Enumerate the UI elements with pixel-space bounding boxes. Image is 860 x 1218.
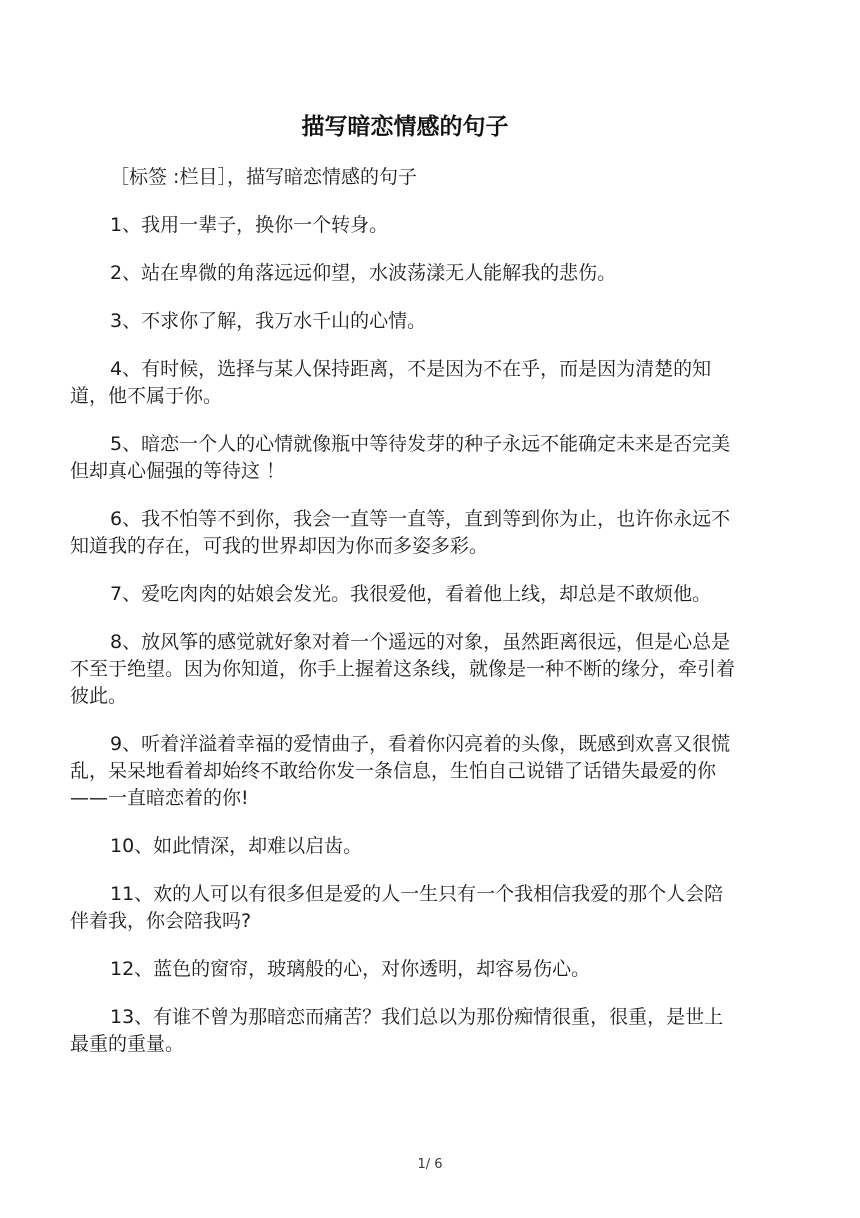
sentence-12: 12、蓝色的窗帘，玻璃般的心，对你透明，却容易伤心。 bbox=[70, 956, 740, 983]
sentence-13: 13、有谁不曾为那暗恋而痛苦？我们总以为那份痴情很重，很重，是世上最重的重量。 bbox=[70, 1004, 740, 1058]
page-number: 1/ 6 bbox=[0, 1156, 860, 1174]
sentence-9: 9、听着洋溢着幸福的爱情曲子，看着你闪亮着的头像，既感到欢喜又很慌乱，呆呆地看着… bbox=[70, 731, 740, 812]
page-title: 描写暗恋情感的句子 bbox=[70, 110, 740, 144]
document-page: 描写暗恋情感的句子 ［标签 :栏目］，描写暗恋情感的句子 1、我用一辈子，换你一… bbox=[0, 0, 860, 1218]
sentence-8: 8、放风筝的感觉就好象对着一个遥远的对象，虽然距离很远，但是心总是不至于绝望。因… bbox=[70, 629, 740, 710]
sentence-3: 3、不求你了解，我万水千山的心情。 bbox=[70, 308, 740, 335]
tag-line: ［标签 :栏目］，描写暗恋情感的句子 bbox=[70, 164, 740, 191]
sentence-4: 4、有时候，选择与某人保持距离，不是因为不在乎，而是因为清楚的知道，他不属于你。 bbox=[70, 356, 740, 410]
sentence-11: 11、欢的人可以有很多但是爱的人一生只有一个我相信我爱的那个人会陪伴着我，你会陪… bbox=[70, 881, 740, 935]
sentence-10: 10、如此情深，却难以启齿。 bbox=[70, 833, 740, 860]
sentence-1: 1、我用一辈子，换你一个转身。 bbox=[70, 212, 740, 239]
sentence-2: 2、站在卑微的角落远远仰望，水波荡漾无人能解我的悲伤。 bbox=[70, 260, 740, 287]
document-content: 描写暗恋情感的句子 ［标签 :栏目］，描写暗恋情感的句子 1、我用一辈子，换你一… bbox=[0, 0, 860, 1058]
sentence-5: 5、暗恋一个人的心情就像瓶中等待发芽的种子永远不能确定未来是否完美但却真心倔强的… bbox=[70, 431, 740, 485]
sentence-6: 6、我不怕等不到你，我会一直等一直等，直到等到你为止，也许你永远不知道我的存在，… bbox=[70, 506, 740, 560]
sentence-7: 7、爱吃肉肉的姑娘会发光。我很爱他，看着他上线，却总是不敢烦他。 bbox=[70, 581, 740, 608]
